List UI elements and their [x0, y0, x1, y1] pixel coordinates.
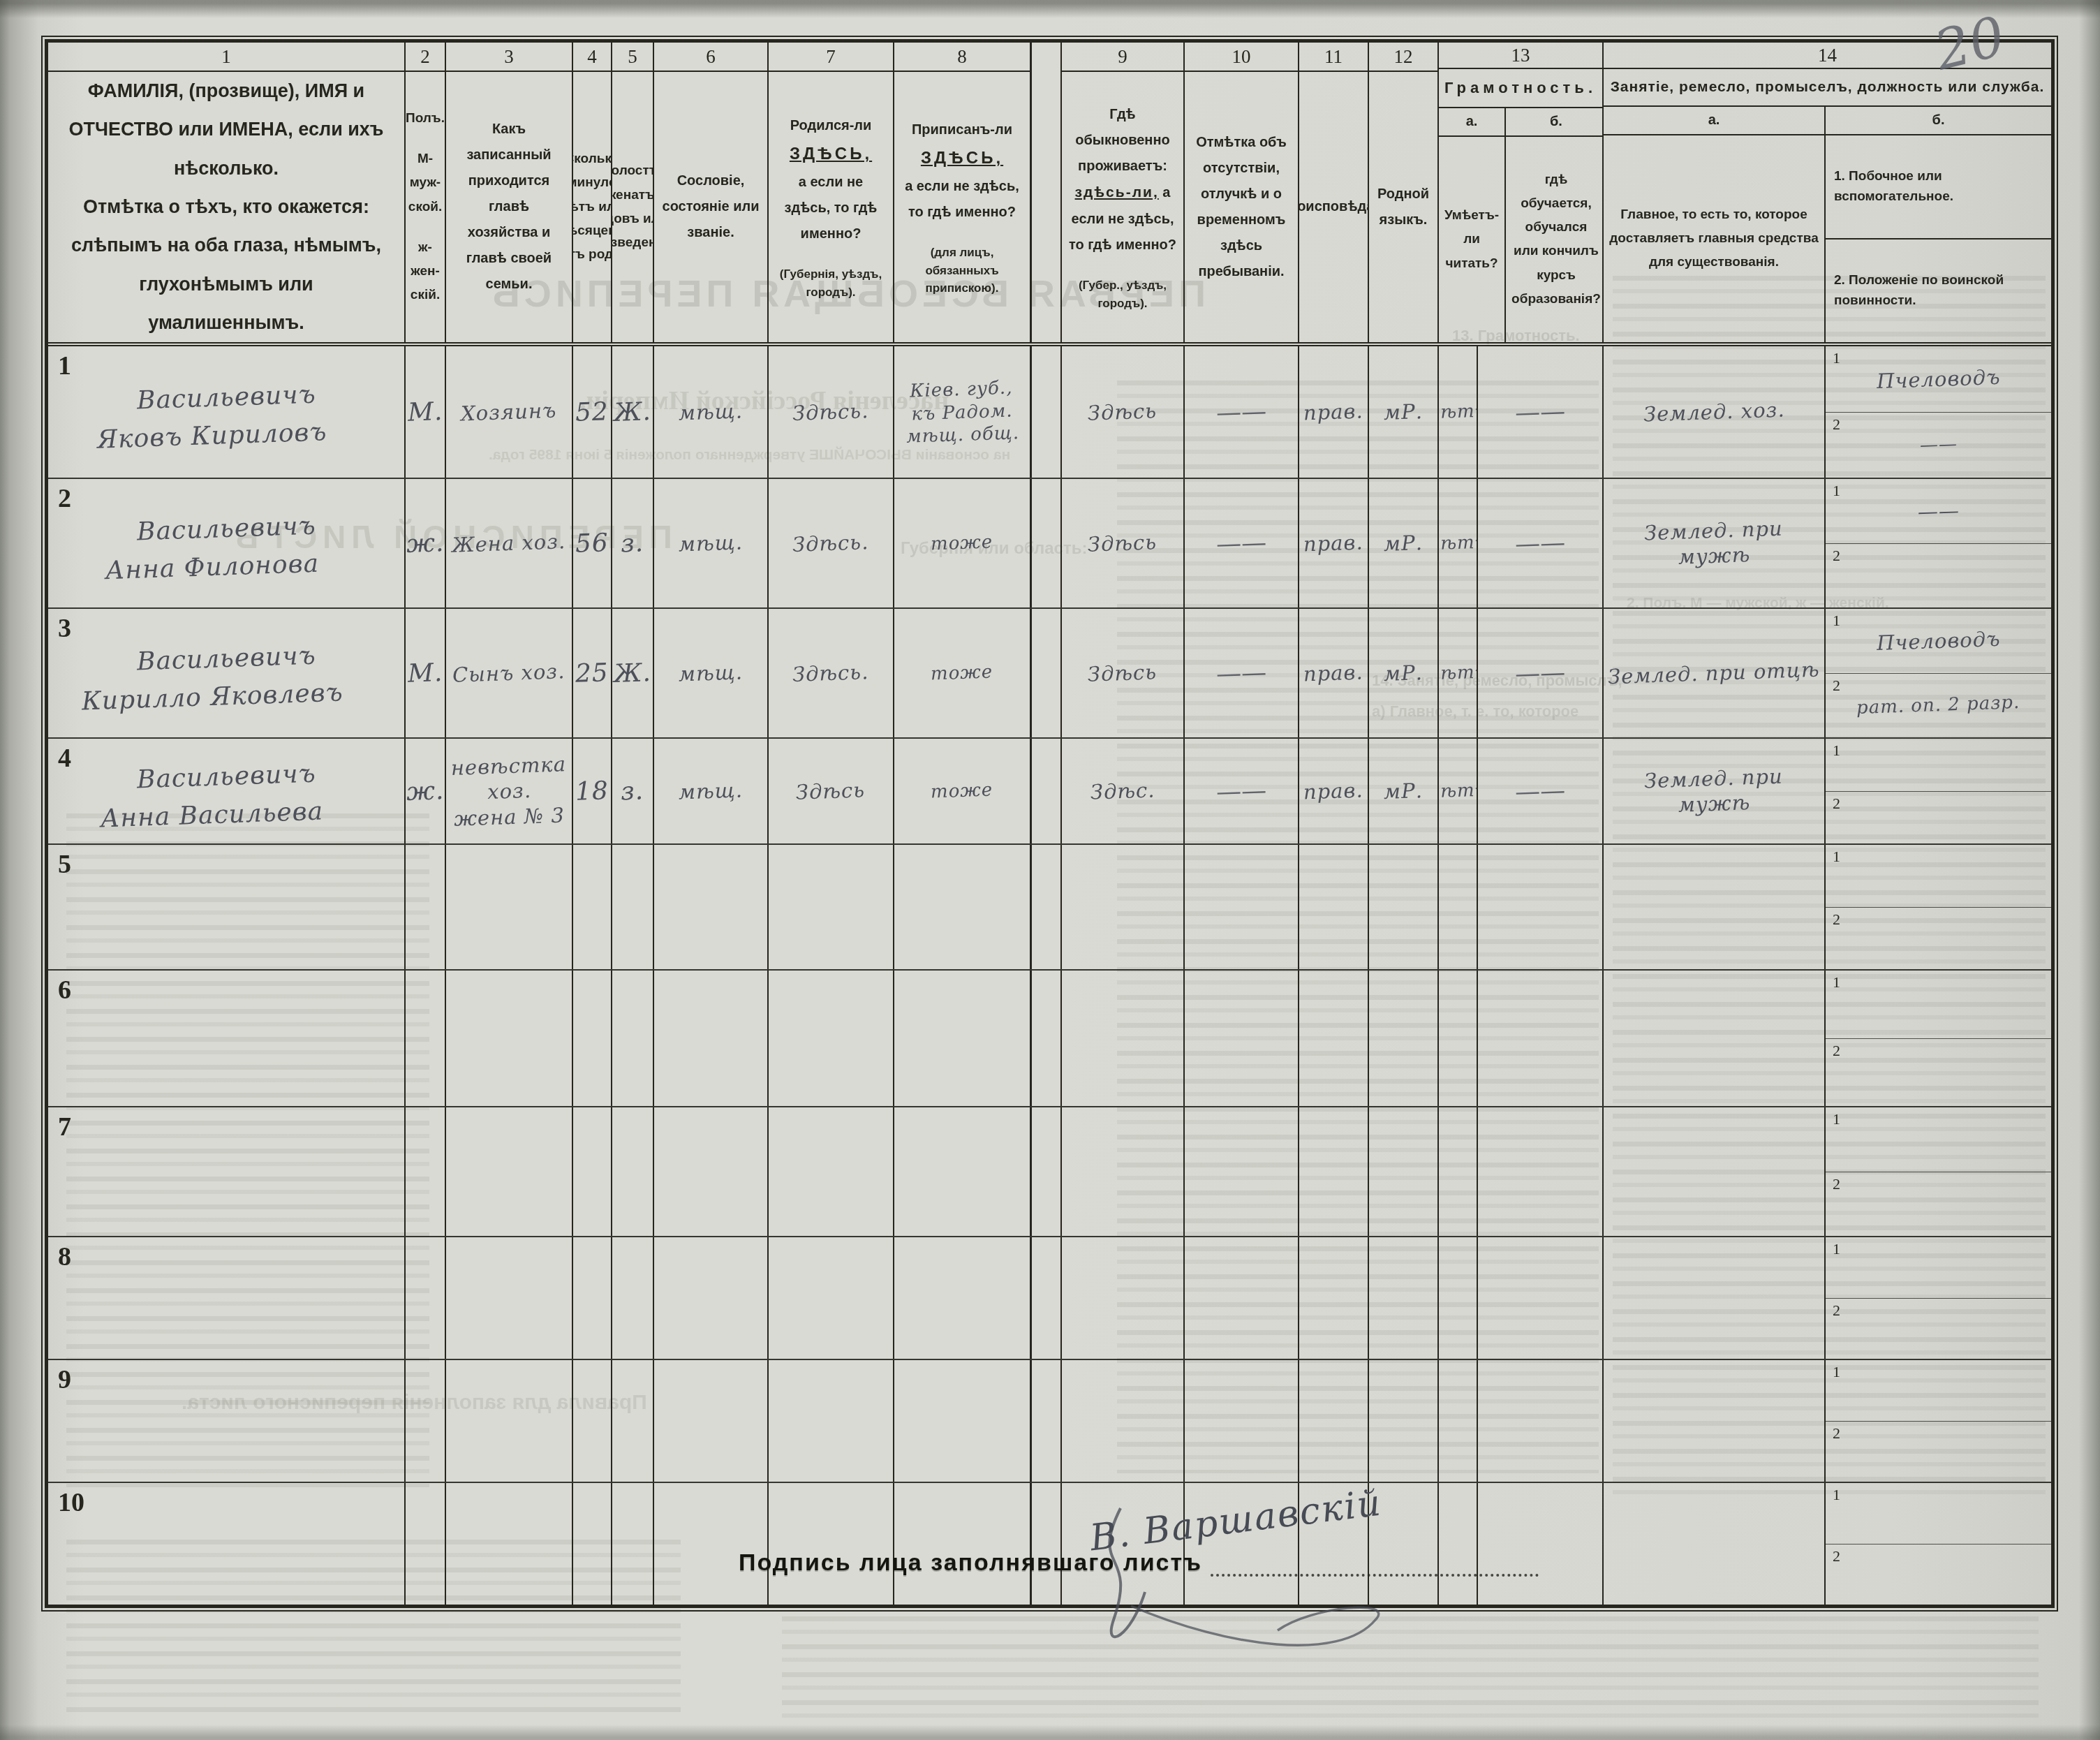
col11-label: Вѣроисповѣданіе.: [1299, 194, 1369, 220]
col-number-7: 7: [769, 43, 893, 72]
col-number-6: 6: [654, 43, 767, 72]
cell-literacy: [1439, 1107, 1478, 1236]
cell-name: 9: [48, 1360, 406, 1482]
hw-language: мР.: [1383, 660, 1423, 686]
col5-label: Холостъ, женатъ, вдовъ или разведенъ.: [612, 159, 654, 255]
hw-side-occupation: Пчеловодъ: [1876, 626, 2001, 656]
hw-absence: ——: [1215, 657, 1267, 690]
cell-language: [1369, 1107, 1439, 1236]
cell-estate: [654, 1107, 769, 1236]
col1-label-note: Отмѣтка о тѣхъ, кто окажется: слѣпымъ на…: [66, 188, 386, 342]
subcell-military-status: 2 ——: [1826, 412, 2051, 478]
cell-marital: [612, 1237, 654, 1359]
cell-marital: [612, 845, 654, 969]
cell-sex: [406, 1107, 446, 1236]
col-number-3: 3: [446, 43, 572, 72]
table-row: 5: [48, 845, 2051, 971]
table-header: 1 ФАМИЛІЯ, (прозвище), ИМЯ и ОТЧЕСТВО ил…: [48, 43, 2051, 346]
cell-faith: [1299, 845, 1369, 969]
cell-education: [1478, 1360, 1604, 1482]
row-number: 2: [58, 483, 71, 514]
cell-faith: прав.: [1299, 479, 1369, 607]
cell-occupation-side: 1 2: [1826, 739, 2051, 843]
fold-gap-cell: [1031, 845, 1062, 969]
subcell-military-status: 2: [1826, 1172, 2051, 1237]
cell-literacy: [1439, 971, 1478, 1106]
col7-label-note: (Губернія, уѣздъ, городъ).: [776, 265, 886, 301]
cell-relation: Хозяинъ: [446, 346, 573, 478]
cell-sex: [406, 1483, 446, 1605]
cell-residence: Здѣс.: [1062, 739, 1185, 843]
cell-relation: [446, 1237, 573, 1359]
cell-relation: Сынъ хоз.: [446, 609, 573, 737]
cell-occupation-main: [1604, 1107, 1826, 1236]
subcell-military-status: 2: [1826, 1038, 2051, 1107]
cell-age: 52: [573, 346, 612, 478]
cell-absence: [1185, 845, 1299, 969]
cell-education: ——: [1478, 346, 1604, 478]
cell-age: [573, 971, 612, 1106]
cell-sex: М.: [406, 346, 446, 478]
header-col-registered: 8 Приписанъ-ли ЗДѢСЬ, а если не здѣсь, т…: [894, 43, 1031, 342]
row-number: 4: [58, 743, 71, 774]
cell-marital: [612, 1483, 654, 1605]
cell-absence: ——: [1185, 346, 1299, 478]
cell-relation: невѣстка хоз. жена № 3: [446, 739, 573, 843]
header-col-name: 1 ФАМИЛІЯ, (прозвище), ИМЯ и ОТЧЕСТВО ил…: [48, 43, 406, 342]
hw-occupation-main: Землед. хоз.: [1643, 397, 1785, 427]
cell-occupation-side: 1 2: [1826, 971, 2051, 1106]
header-col-estate: 6 Сословіе, состояніе или званіе.: [654, 43, 769, 342]
printed-sub-number-2: 2: [1833, 1175, 1840, 1193]
cell-language: [1369, 1360, 1439, 1482]
cell-residence: Здѣсь: [1062, 609, 1185, 737]
hw-residence: Здѣсь: [1088, 399, 1158, 427]
cell-faith: прав.: [1299, 346, 1369, 478]
cell-sex: [406, 971, 446, 1106]
printed-sub-number-1: 1: [1833, 973, 1840, 991]
cell-age: [573, 1107, 612, 1236]
cell-estate: мѣщ.: [654, 479, 769, 607]
cell-literacy: [1439, 1360, 1478, 1482]
subcell-military-status: 2: [1826, 791, 2051, 844]
cell-language: мР.: [1369, 609, 1439, 737]
hw-birthplace: Здѣсь.: [792, 529, 869, 557]
col7-label-line2: а если не здѣсь, то гдѣ именно?: [776, 170, 886, 247]
hw-surname: Васильевичъ: [136, 758, 316, 796]
header-col-occupation: 14 Занятіе, ремесло, промыселъ, должност…: [1604, 43, 2051, 342]
row-number: 10: [58, 1487, 84, 1518]
cell-age: [573, 1483, 612, 1605]
cell-literacy: нѣтъ: [1439, 346, 1478, 478]
printed-sub-number-1: 1: [1833, 349, 1840, 367]
cell-faith: прав.: [1299, 739, 1369, 843]
hw-literacy: нѣтъ: [1439, 779, 1478, 804]
cell-name: 4 Васильевичъ Анна Васильева: [48, 739, 406, 843]
cell-faith: [1299, 1360, 1369, 1482]
hw-relation: Жена хоз.: [452, 529, 566, 558]
row-number: 7: [58, 1112, 71, 1142]
hw-side-occupation: ——: [1917, 498, 1960, 524]
col14b-head: б.: [1826, 107, 2051, 135]
col-number-2: 2: [406, 43, 445, 72]
cell-absence: ——: [1185, 479, 1299, 607]
printed-sub-number-2: 2: [1833, 1302, 1840, 1320]
cell-absence: [1185, 1237, 1299, 1359]
hw-sex: М.: [407, 396, 443, 429]
printed-sub-number-2: 2: [1833, 1547, 1840, 1565]
cell-name: 7: [48, 1107, 406, 1236]
cell-occupation-main: [1604, 1237, 1826, 1359]
cell-marital: Ж.: [612, 346, 654, 478]
col2-label-male: М-муж-ской.: [408, 147, 442, 219]
cell-faith: [1299, 1237, 1369, 1359]
hw-surname: Васильевичъ: [136, 510, 316, 548]
cell-estate: мѣщ.: [654, 739, 769, 843]
cell-sex: ж.: [406, 739, 446, 843]
cell-age: 25: [573, 609, 612, 737]
hw-absence: ——: [1215, 775, 1267, 808]
cell-estate: [654, 1483, 769, 1605]
cell-education: [1478, 971, 1604, 1106]
hw-education: ——: [1514, 527, 1566, 560]
cell-sex: [406, 845, 446, 969]
cell-registered: [894, 1360, 1031, 1482]
hw-absence: ——: [1215, 396, 1267, 429]
subcell-military-status: 2: [1826, 1421, 2051, 1482]
cell-birthplace: [769, 1360, 894, 1482]
cell-name: 1 Васильевичъ Яковъ Кириловъ: [48, 346, 406, 478]
hw-registered: тоже: [931, 531, 993, 556]
hw-occupation-main: Землед. при мужѣ: [1606, 762, 1822, 820]
col13b-label: гдѣ обучается, обучался или кончилъ курс…: [1506, 137, 1604, 342]
cell-marital: з.: [612, 739, 654, 843]
cell-estate: мѣщ.: [654, 346, 769, 478]
cell-language: [1369, 1237, 1439, 1359]
cell-birthplace: [769, 1483, 894, 1605]
col7-label-zdes: ЗДѢСЬ,: [790, 145, 872, 163]
header-col-absence: 10 Отмѣтка объ отсутствіи, отлучкѣ и о в…: [1185, 43, 1299, 342]
cell-language: мР.: [1369, 739, 1439, 843]
row-number: 5: [58, 849, 71, 880]
fold-gap-cell: [1031, 346, 1062, 478]
hw-occupation-main: Землед. при мужѣ: [1606, 515, 1822, 573]
cell-estate: мѣщ.: [654, 609, 769, 737]
cell-language: мР.: [1369, 479, 1439, 607]
hw-birthplace: Здѣсь: [796, 778, 866, 806]
header-col-residence: 9 Гдѣ обыкновенно проживаетъ: здѣсь-ли, …: [1062, 43, 1185, 342]
header-col-age: 4 Сколько минуло лѣтъ или мѣсяцевъ отъ р…: [573, 43, 612, 342]
hw-sex: ж.: [406, 527, 445, 560]
cell-birthplace: [769, 1107, 894, 1236]
cell-absence: [1185, 1107, 1299, 1236]
col-number-11: 11: [1299, 43, 1368, 72]
col14a-label: Главное, то есть то, которое доставляетъ…: [1604, 135, 1824, 342]
col13a-head: а.: [1439, 108, 1504, 137]
subcell-military-status: 2: [1826, 1298, 2051, 1359]
header-col-language: 12 Родной языкъ.: [1369, 43, 1439, 342]
row-number: 9: [58, 1364, 71, 1395]
cell-age: [573, 1360, 612, 1482]
cell-age: 18: [573, 739, 612, 843]
cell-occupation-side: 1 Пчеловодъ 2 ——: [1826, 346, 2051, 478]
table-row: 8: [48, 1237, 2051, 1360]
subcell-side-occupation: 1 ——: [1826, 479, 2051, 543]
cell-estate: [654, 1237, 769, 1359]
fold-gap-cell: [1031, 739, 1062, 843]
cell-residence: [1062, 1360, 1185, 1482]
cell-education: ——: [1478, 609, 1604, 737]
cell-birthplace: Здѣсь: [769, 739, 894, 843]
cell-occupation-side: 1 2: [1826, 1360, 2051, 1482]
col2-label-female: ж-жен-скій.: [411, 236, 440, 308]
cell-marital: з.: [612, 479, 654, 607]
cell-occupation-main: [1604, 971, 1826, 1106]
col9-label-note: (Губер., уѣздъ, городъ).: [1069, 277, 1176, 312]
cell-literacy: [1439, 1237, 1478, 1359]
cell-occupation-main: Землед. при мужѣ: [1604, 739, 1826, 843]
cell-literacy: нѣтъ: [1439, 739, 1478, 843]
hw-birthplace: Здѣсь.: [792, 398, 869, 426]
hw-residence: Здѣсь: [1088, 530, 1158, 558]
cell-occupation-main: [1604, 1360, 1826, 1482]
cell-education: [1478, 845, 1604, 969]
cell-education: ——: [1478, 479, 1604, 607]
col14b-item1: 1. Побочное или вспомогательное.: [1826, 135, 2051, 238]
cell-occupation-side: 1 2: [1826, 845, 2051, 969]
hw-estate: мѣщ.: [678, 660, 743, 687]
col13a-label: Умѣетъ-ли читать?: [1439, 137, 1504, 342]
col-number-13: 13: [1439, 43, 1602, 69]
fold-gap-cell: [1031, 479, 1062, 607]
col8-label-line2: а если не здѣсь, то гдѣ именно?: [901, 174, 1023, 226]
cell-sex: [406, 1237, 446, 1359]
cell-occupation-side: 1 2: [1826, 1237, 2051, 1359]
hw-military-status: рат. оп. 2 разр.: [1856, 691, 2020, 720]
fold-gap-cell: [1031, 1360, 1062, 1482]
printed-sub-number-2: 2: [1833, 415, 1840, 434]
cell-registered: [894, 1107, 1031, 1236]
printed-sub-number-2: 2: [1833, 677, 1840, 695]
hw-education: ——: [1514, 396, 1566, 429]
hw-literacy: нѣтъ: [1439, 531, 1478, 556]
cell-residence: [1062, 845, 1185, 969]
cell-registered: тоже: [894, 609, 1031, 737]
col8-label-line1: Приписанъ-ли: [912, 122, 1012, 138]
hw-relation2: жена № 3: [453, 802, 565, 832]
col14a-head: а.: [1604, 107, 1824, 135]
cell-registered: [894, 971, 1031, 1106]
hw-registered: Кіев. губ., къ Радом. мѣщ. общ.: [896, 376, 1028, 448]
header-col-sex: 2 Полъ. М-муж-ской. ж-жен-скій.: [406, 43, 446, 342]
cell-name: 2 Васильевичъ Анна Филонова: [48, 479, 406, 607]
col-number-5: 5: [612, 43, 653, 72]
col9-label-line1: Гдѣ обыкновенно проживаетъ:: [1069, 102, 1176, 179]
col9-label-zdes: здѣсь-ли,: [1075, 184, 1159, 200]
subcell-military-status: 2: [1826, 543, 2051, 608]
col13-title: Грамотность.: [1439, 69, 1602, 108]
cell-occupation-side: 1 —— 2: [1826, 479, 2051, 607]
cell-education: [1478, 1107, 1604, 1236]
cell-residence: Здѣсь: [1062, 346, 1185, 478]
fold-gap-cell: [1031, 971, 1062, 1106]
col3-label: Какъ записанный приходится главѣ хозяйст…: [453, 117, 565, 297]
hw-estate: мѣщ.: [678, 778, 743, 805]
hw-language: мР.: [1383, 399, 1423, 425]
table-row: 4 Васильевичъ Анна Васильева ж. невѣстка…: [48, 739, 2051, 845]
fold-gap-column: [1031, 43, 1062, 342]
hw-faith: прав.: [1303, 660, 1364, 687]
hw-faith: прав.: [1303, 778, 1364, 805]
cell-residence: [1062, 1237, 1185, 1359]
col8-label-note: (для лицъ, обязанныхъ припискою).: [901, 244, 1023, 297]
cell-literacy: нѣтъ: [1439, 479, 1478, 607]
hw-surname: Васильевичъ: [136, 379, 316, 417]
cell-literacy: нѣтъ: [1439, 609, 1478, 737]
fold-gap-cell: [1031, 1237, 1062, 1359]
header-col-relation: 3 Какъ записанный приходится главѣ хозяй…: [446, 43, 573, 342]
hw-registered: тоже: [931, 779, 993, 804]
printed-sub-number-1: 1: [1833, 848, 1840, 866]
census-sheet-scan: ПЕРВАЯ ВСЕОБЩАЯ ПЕРЕПИСЬ населенія Россі…: [0, 0, 2100, 1740]
cell-language: мР.: [1369, 346, 1439, 478]
hw-relation: Сынъ хоз.: [452, 658, 565, 688]
hw-estate: мѣщ.: [678, 399, 743, 426]
cell-relation: [446, 1360, 573, 1482]
cell-name: 6: [48, 971, 406, 1106]
hw-marital: з.: [621, 527, 645, 559]
cell-birthplace: [769, 845, 894, 969]
cell-relation: [446, 1483, 573, 1605]
header-col-birthplace: 7 Родился-ли ЗДѢСЬ, а если не здѣсь, то …: [769, 43, 894, 342]
cell-birthplace: [769, 971, 894, 1106]
printed-sub-number-1: 1: [1833, 1240, 1840, 1258]
col14-title: Занятіе, ремесло, промыселъ, должность и…: [1604, 69, 2051, 107]
cell-residence: [1062, 1107, 1185, 1236]
hw-birthplace: Здѣсь.: [792, 659, 869, 687]
subcell-side-occupation: 1: [1826, 845, 2051, 907]
cell-faith: прав.: [1299, 609, 1369, 737]
cell-sex: ж.: [406, 479, 446, 607]
subcell-side-occupation: 1: [1826, 971, 2051, 1038]
cell-occupation-main: Землед. хоз.: [1604, 346, 1826, 478]
printed-sub-number-1: 1: [1833, 742, 1840, 760]
col13b-head: б.: [1506, 108, 1604, 137]
hw-sex: М.: [407, 657, 443, 690]
hw-faith: прав.: [1303, 530, 1364, 557]
cell-registered: [894, 1237, 1031, 1359]
col-number-4: 4: [573, 43, 611, 72]
cell-absence: [1185, 971, 1299, 1106]
hw-literacy: нѣтъ: [1439, 400, 1478, 425]
col6-label: Сословіе, состояніе или званіе.: [661, 168, 760, 246]
cell-absence: [1185, 1360, 1299, 1482]
cell-estate: [654, 1360, 769, 1482]
header-col-faith: 11 Вѣроисповѣданіе.: [1299, 43, 1369, 342]
col-number-12: 12: [1369, 43, 1437, 72]
cell-name: 10: [48, 1483, 406, 1605]
hw-literacy: нѣтъ: [1439, 661, 1478, 686]
cell-occupation-side: 1 2: [1826, 1107, 2051, 1236]
subcell-side-occupation: 1: [1826, 1360, 2051, 1421]
hw-estate: мѣщ.: [678, 530, 743, 557]
cell-registered: [894, 845, 1031, 969]
cell-occupation-main: Землед. при отцѣ: [1604, 609, 1826, 737]
cell-age: [573, 1237, 612, 1359]
hw-age: 18: [575, 775, 609, 808]
hw-military-status: ——: [1919, 433, 1958, 457]
cell-registered: Кіев. губ., къ Радом. мѣщ. общ.: [894, 346, 1031, 478]
cell-birthplace: [769, 1237, 894, 1359]
subcell-side-occupation: 1 Пчеловодъ: [1826, 609, 2051, 673]
col7-label-line1: Родился-ли: [790, 118, 872, 133]
cell-faith: [1299, 1107, 1369, 1236]
col14b-item2: 2. Положеніе по воинской повинности.: [1826, 238, 2051, 342]
cell-occupation-main: [1604, 845, 1826, 969]
census-table: 1 ФАМИЛІЯ, (прозвище), ИМЯ и ОТЧЕСТВО ил…: [45, 39, 2055, 1608]
col-number-8: 8: [894, 43, 1030, 72]
cell-birthplace: Здѣсь.: [769, 479, 894, 607]
table-row: 9: [48, 1360, 2051, 1483]
hw-residence: Здѣс.: [1090, 778, 1155, 805]
printed-sub-number-1: 1: [1833, 1363, 1840, 1381]
table-row: 2 Васильевичъ Анна Филонова ж. Жена хоз.…: [48, 479, 2051, 609]
cell-relation: [446, 1107, 573, 1236]
subcell-military-status: 2: [1826, 907, 2051, 970]
cell-education: ——: [1478, 739, 1604, 843]
cell-relation: [446, 845, 573, 969]
printed-sub-number-1: 1: [1833, 1110, 1840, 1128]
row-number: 8: [58, 1241, 71, 1272]
cell-marital: [612, 971, 654, 1106]
cell-registered: [894, 1483, 1031, 1605]
subcell-side-occupation: 1: [1826, 1107, 2051, 1172]
cell-occupation-main: Землед. при мужѣ: [1604, 479, 1826, 607]
cell-registered: тоже: [894, 739, 1031, 843]
col-number-10: 10: [1185, 43, 1298, 72]
printed-sub-number-2: 2: [1833, 547, 1840, 565]
cell-language: [1369, 845, 1439, 969]
col4-label: Сколько минуло лѣтъ или мѣсяцевъ отъ род…: [573, 147, 612, 267]
cell-sex: [406, 1360, 446, 1482]
cell-birthplace: Здѣсь.: [769, 609, 894, 737]
cell-relation: Жена хоз.: [446, 479, 573, 607]
hw-marital: Ж.: [613, 657, 651, 690]
hw-relation: невѣстка хоз.: [448, 751, 570, 806]
row-number: 1: [58, 351, 71, 381]
table-row: 7: [48, 1107, 2051, 1237]
col1-label-main: ФАМИЛІЯ, (прозвище), ИМЯ и ОТЧЕСТВО или …: [66, 72, 386, 188]
printed-sub-number-2: 2: [1833, 910, 1840, 929]
cell-absence: ——: [1185, 609, 1299, 737]
hw-marital: Ж.: [613, 396, 651, 429]
printed-sub-number-2: 2: [1833, 1424, 1840, 1443]
cell-occupation-main: [1604, 1483, 1826, 1605]
cell-residence: Здѣсь: [1062, 479, 1185, 607]
col12-label: Родной языкъ.: [1376, 182, 1430, 233]
hw-age: 25: [575, 657, 609, 690]
row-number: 3: [58, 613, 71, 644]
cell-name: 8: [48, 1237, 406, 1359]
cell-name: 3 Васильевичъ Кирилло Яковлевъ: [48, 609, 406, 737]
cell-marital: Ж.: [612, 609, 654, 737]
hw-given-name: Яковъ Кириловъ: [97, 417, 328, 456]
hw-age: 56: [575, 527, 609, 560]
col-number-9: 9: [1062, 43, 1183, 72]
cell-occupation-side: 1 Пчеловодъ 2 рат. оп. 2 разр.: [1826, 609, 2051, 737]
cell-faith: [1299, 971, 1369, 1106]
hw-faith: прав.: [1303, 399, 1364, 426]
